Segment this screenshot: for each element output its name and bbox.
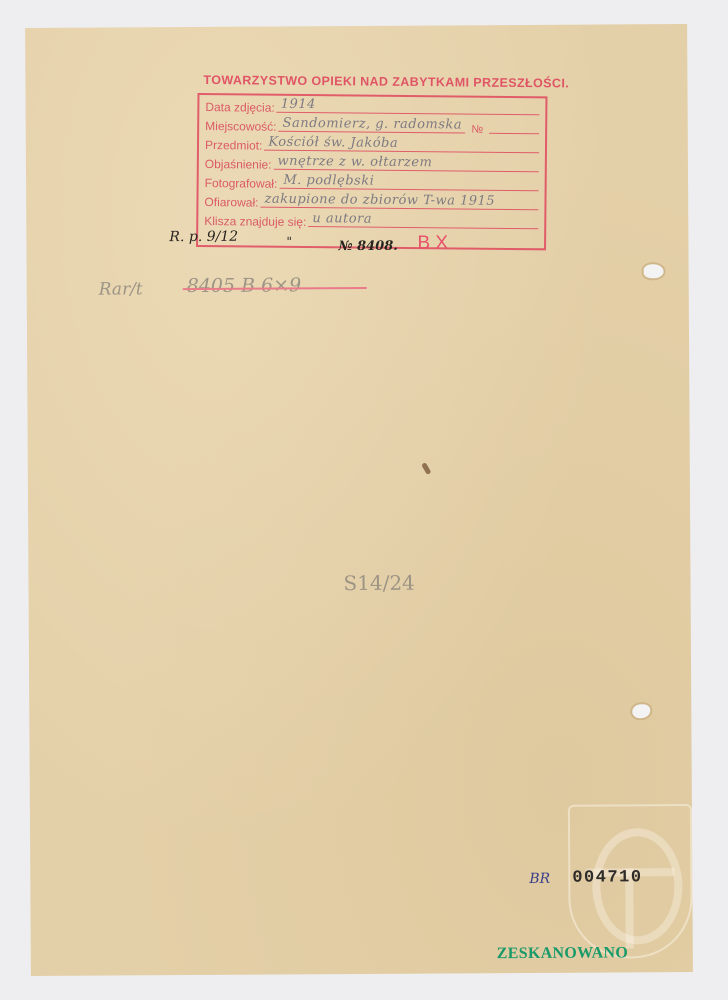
archive-card: TOWARZYSTWO OPIEKI NAD ZABYTKAMI PRZESZŁ… <box>25 24 693 976</box>
reference-note: R. p. 9/12 <box>169 229 238 245</box>
stamp-label: Miejscowość: <box>205 119 277 135</box>
ditto-mark: " <box>286 234 292 248</box>
pencil-note-left: Rar/t <box>99 279 143 299</box>
stamp-line: 1914 <box>277 112 540 116</box>
handwritten-value: Kościół św. Jakóba <box>268 135 398 151</box>
stamp-line: Kościół św. Jakóba <box>264 150 539 154</box>
handwritten-value: 1914 <box>281 97 316 112</box>
stamp-label: Fotografował: <box>205 176 278 192</box>
stamp-line: wnętrze z w. ołtarzem <box>273 169 538 173</box>
stamp-title: TOWARZYSTWO OPIEKI NAD ZABYTKAMI PRZESZŁ… <box>203 73 563 90</box>
punch-hole-bottom <box>632 704 650 718</box>
stamp-line: M. podlębski <box>279 188 538 191</box>
scanned-stamp: ZESKANOWANO <box>497 944 628 963</box>
stamp-label: Ofiarował: <box>204 195 258 211</box>
stamp-line: u autora <box>308 226 538 229</box>
stamp-number-label: № <box>471 124 483 137</box>
stamp-label: Objaśnienie: <box>205 157 272 173</box>
stamp-line <box>489 133 539 134</box>
stamp-label: Przedmiot: <box>205 138 263 154</box>
stamp-line: Sandomierz, g. radomska <box>279 131 466 134</box>
handwritten-value: u autora <box>312 211 372 227</box>
stain-mark <box>421 462 431 475</box>
stamp-label: Data zdjęcia: <box>205 100 275 116</box>
catalog-number: 004710 <box>572 868 642 887</box>
br-label: BR <box>529 871 550 887</box>
handwritten-value: Sandomierz, g. radomska <box>283 116 463 133</box>
inventory-number: № 8408. <box>338 239 397 254</box>
stamp-label: Klisza znajduje się: <box>204 214 306 230</box>
handwritten-value: M. podlębski <box>283 173 374 189</box>
red-mark: B X <box>417 232 448 254</box>
handwritten-value: zakupione do zbiorów T-wa 1915 <box>264 192 495 209</box>
pencil-note-middle: S14/24 <box>343 571 414 595</box>
stamp-row-negative-location: Klisza znajduje się: u autora <box>198 210 544 232</box>
pencil-note-struck: 8405 B 6×9 <box>187 274 302 297</box>
handwritten-value: wnętrze z w. ołtarzem <box>278 154 433 170</box>
punch-hole-top <box>644 264 664 278</box>
stamp-box: Data zdjęcia: 1914 Miejscowość: Sandomie… <box>196 93 547 250</box>
stamp-line: zakupione do zbiorów T-wa 1915 <box>260 207 538 211</box>
